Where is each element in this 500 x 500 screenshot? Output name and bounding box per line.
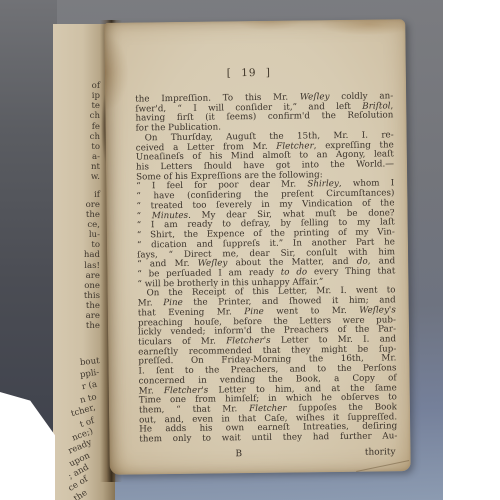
page-fragment: nt: [91, 163, 100, 172]
page-fragment: had: [84, 251, 100, 260]
page-fragment: w.: [91, 173, 100, 182]
page-fragment: ce,: [87, 221, 100, 230]
page-fragment: ppli-: [79, 369, 100, 381]
page-crease: [356, 460, 409, 472]
page-fragment: bout: [80, 357, 101, 368]
page-fragment: ore: [86, 201, 100, 210]
page-fragment: te: [91, 102, 100, 111]
signature-mark: B: [235, 449, 242, 459]
page-fragment: the: [86, 211, 100, 220]
page-fragment: a-: [92, 153, 100, 162]
page-fragment: the: [86, 302, 100, 311]
page-number-header: [ 19 ]: [121, 66, 377, 81]
page-fragment: one: [84, 282, 100, 291]
page-fragment: of: [92, 82, 100, 91]
book-page: [ 19 ] the Impreſſion. To this Mr. Weſle…: [104, 19, 410, 475]
photo-backdrop: ofiptechfechtoa-ntw.iforethece,lu-tohadl…: [0, 0, 443, 500]
backdrop-shadow: [0, 0, 57, 432]
page-fragment: the: [86, 322, 100, 331]
page-fragment: lu-: [89, 231, 100, 240]
page-fragment: ip: [92, 92, 100, 101]
page-fragment: to: [91, 241, 100, 250]
page-fragment: to: [91, 143, 100, 152]
text-line: them only to wait until they had further…: [139, 432, 397, 445]
page-fragment: las!: [84, 262, 100, 271]
page-fragment: ch: [90, 112, 100, 121]
catchword: thority: [365, 447, 396, 457]
photo-of-book: ofiptechfechtoa-ntw.iforethece,lu-tohadl…: [0, 0, 500, 500]
page-fragment: are: [86, 272, 100, 281]
page-fragment: ch: [90, 133, 100, 142]
canvas-margin: [443, 0, 500, 500]
page-fragment: r (a: [82, 381, 99, 393]
page-text: the Impreſſion. To this Mr. Weſley coldl…: [135, 92, 397, 445]
signature-row: B thority: [139, 447, 397, 461]
left-page-text-fragments: ofiptechfechtoa-ntw.iforethece,lu-tohadl…: [53, 0, 103, 500]
page-fragment: fe: [92, 123, 100, 132]
page-fragment: are: [86, 312, 100, 321]
page-fragment: this: [84, 292, 100, 301]
